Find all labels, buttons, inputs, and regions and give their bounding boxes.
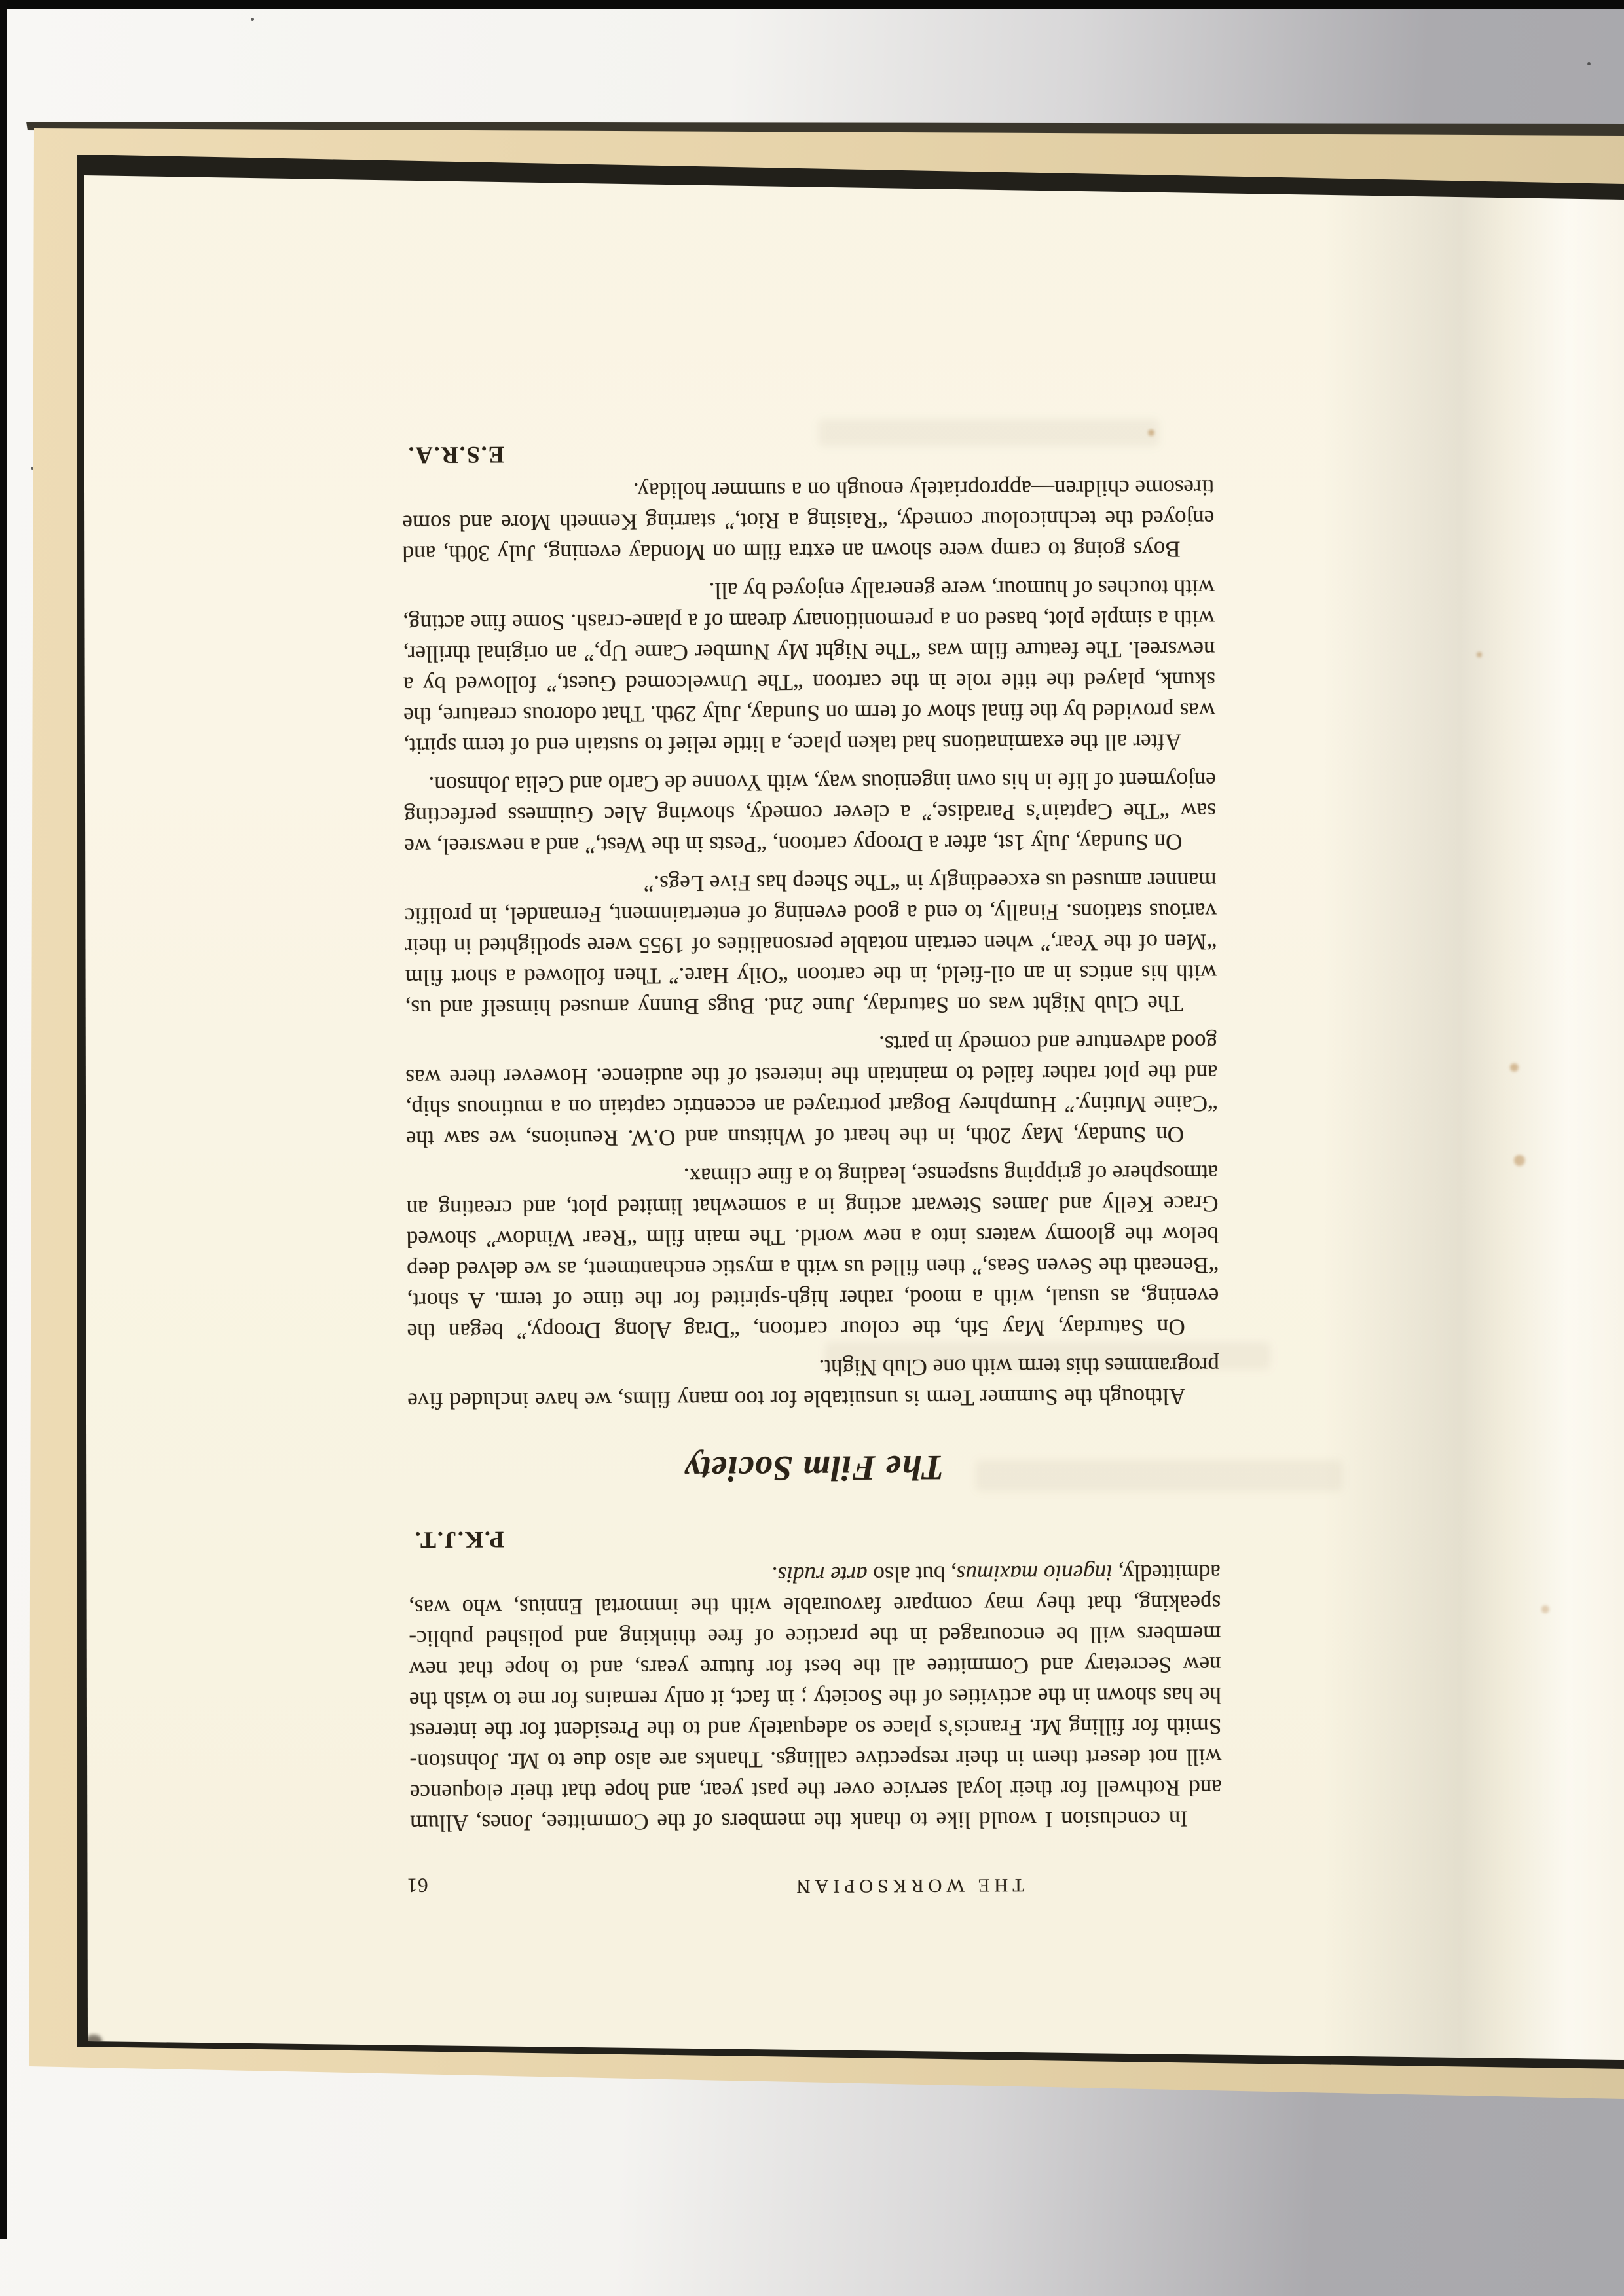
book-page: THE WORKSOPIAN 61 In conclusion I would … [0,0,1624,2296]
gutter-highlight [0,0,1624,2296]
dust-speck [1587,62,1591,65]
scan-edge-top [0,0,1624,9]
scan-edge-left [0,0,7,2239]
dust-speck [251,18,254,21]
